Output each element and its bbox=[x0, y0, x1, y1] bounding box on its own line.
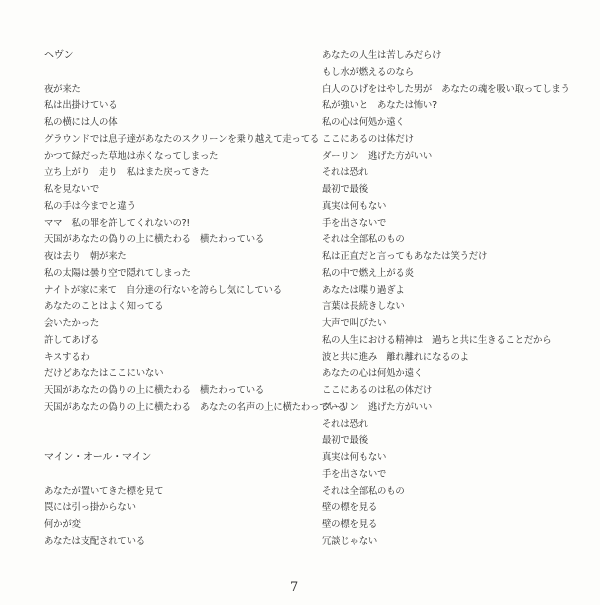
lyric-line: あなたの心は何処か遠く bbox=[322, 366, 592, 383]
lyric-line: あなたが置いてきた標を見て bbox=[44, 484, 314, 501]
lyric-line: もし水が燃えるのなら bbox=[322, 65, 592, 82]
lyric-line: 大声で叫びたい bbox=[322, 316, 592, 333]
lyric-line: かつて緑だった草地は赤くなってしまった bbox=[44, 149, 314, 166]
lyric-line: 何かが変 bbox=[44, 517, 314, 534]
lyric-line: あなたは支配されている bbox=[44, 534, 314, 551]
lyrics-block: あなたの人生は苦しみだらけ もし水が燃えるのなら 白人のひげをはやした男が あな… bbox=[322, 48, 592, 551]
lyric-line: 夜は去り 朝が来た bbox=[44, 249, 314, 266]
lyric-line: 真実は何もない bbox=[322, 450, 592, 467]
spacer bbox=[44, 417, 314, 434]
lyric-line: 最初で最後 bbox=[322, 433, 592, 450]
lyric-line: 私の太陽は曇り空で隠れてしまった bbox=[44, 266, 314, 283]
spacer bbox=[44, 65, 314, 82]
left-column: ヘヴン 夜が来た 私は出掛けている 私の横には人の体 グラウンドでは息子達があな… bbox=[44, 48, 314, 551]
right-column: あなたの人生は苦しみだらけ もし水が燃えるのなら 白人のひげをはやした男が あな… bbox=[322, 48, 592, 551]
lyric-line: 夜が来た bbox=[44, 82, 314, 99]
lyric-line: 最初で最後 bbox=[322, 182, 592, 199]
lyric-line: 罠には引っ掛からない bbox=[44, 500, 314, 517]
lyric-line: 会いたかった bbox=[44, 316, 314, 333]
lyric-line: ダーリン 逃げた方がいい bbox=[322, 149, 592, 166]
lyrics-block: あなたが置いてきた標を見て 罠には引っ掛からない 何かが変 あなたは支配されてい… bbox=[44, 484, 314, 551]
lyric-line: 冗談じゃない bbox=[322, 534, 592, 551]
song-title: ヘヴン bbox=[44, 48, 314, 65]
lyric-line: 波と共に進み 離れ離れになるのよ bbox=[322, 350, 592, 367]
lyric-line: 真実は何もない bbox=[322, 199, 592, 216]
lyric-line: 私の手は今までと違う bbox=[44, 199, 314, 216]
lyric-line: キスするわ bbox=[44, 350, 314, 367]
spacer bbox=[44, 433, 314, 450]
lyric-line: あなたの人生は苦しみだらけ bbox=[322, 48, 592, 65]
lyric-line: ここにあるのは私の体だけ bbox=[322, 383, 592, 400]
lyric-line: それは全部私のもの bbox=[322, 484, 592, 501]
lyric-line: それは恐れ bbox=[322, 417, 592, 434]
lyric-line: 私の人生における精神は 過ちと共に生きることだから bbox=[322, 333, 592, 350]
lyric-line: 壁の標を見る bbox=[322, 500, 592, 517]
lyric-line: 言葉は長続きしない bbox=[322, 299, 592, 316]
lyric-line: 私の横には人の体 bbox=[44, 115, 314, 132]
lyric-line: あなたのことはよく知ってる bbox=[44, 299, 314, 316]
lyric-line: それは全部私のもの bbox=[322, 232, 592, 249]
lyric-line: 白人のひげをはやした男が あなたの魂を吸い取ってしまう bbox=[322, 82, 592, 99]
lyric-line: 許してあげる bbox=[44, 333, 314, 350]
lyric-line: ママ 私の罪を許してくれないの?! bbox=[44, 216, 314, 233]
page-number: 7 bbox=[290, 580, 298, 595]
lyric-line: だけどあなたはここにいない bbox=[44, 366, 314, 383]
lyric-line: 手を出さないで bbox=[322, 216, 592, 233]
lyrics-block: 夜が来た 私は出掛けている 私の横には人の体 グラウンドでは息子達があなたのスク… bbox=[44, 82, 314, 417]
lyric-line: 私は出掛けている bbox=[44, 98, 314, 115]
lyric-line: 手を出さないで bbox=[322, 467, 592, 484]
lyric-line: グラウンドでは息子達があなたのスクリーンを乗り越えて走ってる bbox=[44, 132, 314, 149]
lyric-line: ダーリン 逃げた方がいい bbox=[322, 400, 592, 417]
lyric-line: 私の心は何処か遠く bbox=[322, 115, 592, 132]
lyric-line: 立ち上がり 走り 私はまた戻ってきた bbox=[44, 165, 314, 182]
lyric-line: 天国があなたの偽りの上に横たわる 横たわっている bbox=[44, 383, 314, 400]
lyric-line: 私の中で燃え上がる炎 bbox=[322, 266, 592, 283]
lyric-line: 天国があなたの偽りの上に横たわる あなたの名声の上に横たわっている bbox=[44, 400, 314, 417]
lyric-line: 私を見ないで bbox=[44, 182, 314, 199]
song-title: マイン・オール・マイン bbox=[44, 450, 314, 467]
lyric-line: 壁の標を見る bbox=[322, 517, 592, 534]
lyric-line: 私が強いと あなたは怖い? bbox=[322, 98, 592, 115]
lyric-line: 私は正直だと言ってもあなたは笑うだけ bbox=[322, 249, 592, 266]
lyric-line: 天国があなたの偽りの上に横たわる 横たわっている bbox=[44, 232, 314, 249]
lyric-line: あなたは喋り過ぎよ bbox=[322, 283, 592, 300]
lyric-line: それは恐れ bbox=[322, 165, 592, 182]
lyric-line: ここにあるのは体だけ bbox=[322, 132, 592, 149]
spacer bbox=[44, 467, 314, 484]
lyric-line: ナイトが家に来て 自分達の行ないを誇らし気にしている bbox=[44, 283, 314, 300]
